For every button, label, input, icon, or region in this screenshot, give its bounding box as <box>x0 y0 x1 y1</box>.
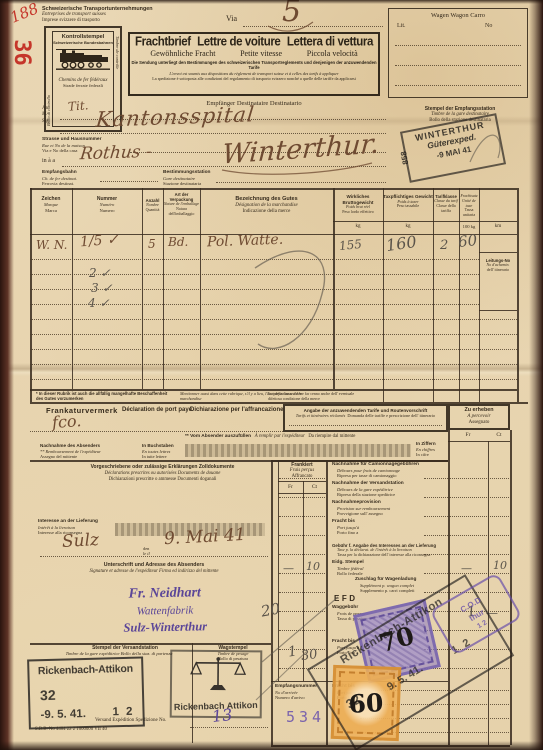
rule <box>479 310 517 311</box>
rule <box>40 556 268 557</box>
col-header-frachtsatz: Frachtsatz Unité de taxe Tassa unitaria <box>459 194 479 218</box>
dispatch-stamp-date: -9. 5. 41. <box>40 708 86 721</box>
col-header-zeichen: Zeichen Marque Marca <box>30 196 72 213</box>
rule <box>424 497 448 498</box>
photo-edge-bottom <box>0 741 543 750</box>
col-header-anzahl: Anzahl Nombre Quantità <box>142 198 163 213</box>
fee-interest-declaration: Gebühr f. Angabe des Interesses an der L… <box>332 543 450 558</box>
form-title-de: Frachtbrief <box>135 35 191 49</box>
to-collect-it: Assegnato <box>450 420 508 426</box>
sender-fill-note: ** Vom Absender auszufüllen À remplir pa… <box>185 434 447 439</box>
col-header-bruttogewicht: Wirkliches Bruttogewicht Poids brut réel… <box>333 194 383 215</box>
wagon-box: Wagen Wagon Carro Lit. No <box>388 8 528 98</box>
rule <box>449 690 509 691</box>
form-subtitle-fr: Petite vitesse <box>240 49 282 58</box>
arrival-no-value: 534 <box>286 708 325 726</box>
date-value: 9. Mai 41 <box>164 525 247 549</box>
signature-caption-frit: Signature et adresse de l'expéditeur Fir… <box>40 569 268 574</box>
arrival-no-label: Empfangsnummer No d'arrivée Numero d'arr… <box>275 684 317 701</box>
rule <box>100 181 158 182</box>
entry-number-extra: 4 ✓ <box>88 296 110 310</box>
fee-camionnage: Nachnahme für CamionnagegebührenDébours … <box>332 462 447 478</box>
wagon-no-label: No <box>485 23 492 29</box>
entry-packing: Bd. <box>168 235 188 249</box>
rule <box>395 65 521 66</box>
conditions-de: Die Sendung unterliegt den Bestimmungen … <box>130 60 378 71</box>
scales-icon <box>190 656 246 694</box>
value-freight-paid-fr: 1 <box>287 643 298 660</box>
entry-marks: W. N. <box>36 238 67 252</box>
rule <box>30 364 517 365</box>
rule <box>278 493 326 494</box>
rule <box>479 252 517 253</box>
value-stamp-collect-ct: 10 <box>493 559 507 572</box>
table-border <box>30 188 517 190</box>
value-stamp-collect-fr: — <box>461 562 472 575</box>
entry-designation: Pol. Watte. <box>207 232 284 251</box>
hdr-it: Classe della tariffa <box>433 204 459 214</box>
signature-caption-de: Unterschrift und Adresse des Absenders <box>40 562 268 568</box>
rule <box>449 516 509 517</box>
franking-label-fr: Déclaration de port payé <box>122 407 192 413</box>
place-value: Sulz <box>62 530 100 552</box>
value-stamp-paid-ct: 10 <box>306 560 320 573</box>
fee-dispatch-station: Nachnahme der VersandstationDébours de l… <box>332 481 447 497</box>
rule <box>449 704 509 705</box>
table-border <box>517 188 519 402</box>
dest-station-it: Stazione destinataria <box>163 181 210 187</box>
arrival-no-it: Numero d'arrivo <box>275 695 317 700</box>
table-border <box>30 188 32 402</box>
rule <box>279 554 325 555</box>
photo-edge-right <box>529 0 543 750</box>
rule <box>424 554 448 555</box>
dispatch-stamp-number: 32 <box>40 687 56 703</box>
collect-col-ct: Ct <box>488 432 510 438</box>
rule <box>190 727 268 728</box>
rule <box>30 334 517 335</box>
wagon-box-title: Wagen Wagon Carro <box>389 12 527 19</box>
via-value: 5 <box>282 0 301 29</box>
conditions-it: La spedizione è sottoposta alle condizio… <box>130 76 378 81</box>
declarations-it: Dichiarazioni prescritte o ammesse Docum… <box>55 477 270 483</box>
arrival-no-de: Empfangsnummer <box>275 684 317 690</box>
rule <box>395 45 521 46</box>
entry-number-extra: 2 ✓ <box>89 266 111 280</box>
rule <box>449 554 509 555</box>
rule <box>279 516 325 517</box>
addressee-title-value: Tit. <box>68 98 89 113</box>
unit-taxed: kg <box>383 224 433 229</box>
date-label: den le il <box>143 546 150 557</box>
rule <box>30 319 517 320</box>
in-figures-label: In Ziffern En chiffres In cifre <box>416 441 436 457</box>
cod-label: Nachnahme des Absenders ** Remboursement… <box>40 443 101 459</box>
col-header-tarifklasse: Tarifklasse Classe du tarif Classe della… <box>433 194 459 213</box>
addressee-name-value: Kantonsspital <box>95 102 256 132</box>
in-words-label: In Buchstaben En toutes lettres In tutte… <box>142 443 174 459</box>
street-label-de: Strasse und Hausnummer <box>42 137 101 143</box>
carrier-header: Schweizerische Transportunternehmungen E… <box>42 6 212 24</box>
value-freight-paid-ct: 30 <box>300 647 318 664</box>
locomotive-icon <box>55 47 111 71</box>
tariff-route-fr: Tarifs et itinéraires réclamés <box>296 413 345 418</box>
hdr-it: Peso tassabile <box>383 204 433 209</box>
carrier-it: Imprese svizzere di trasporto <box>42 18 212 24</box>
wagon-lit-label: Lit. <box>397 23 406 29</box>
rule <box>30 379 517 380</box>
dest-railway-label: Empfangsbahn Ch. de fer destinat. Ferrov… <box>42 170 77 187</box>
prepaid-col-ct: Ct <box>303 484 326 490</box>
prepaid-col-fr: Fr <box>278 484 303 490</box>
routing-it: dell' itinerario <box>479 268 517 273</box>
rule <box>449 497 509 498</box>
footnote-de: * In dieser Rubrik ist auch die allfälli… <box>36 391 171 402</box>
delivery-interest-de: Interesse an der Lieferung <box>38 519 98 525</box>
addressee-label-it: Sig. <box>42 119 50 125</box>
paper-sheet: 188 36 Schweizerische Transportunternehm… <box>0 0 543 750</box>
cod-it: Assegno del mittente <box>40 454 101 459</box>
in-words-de: In Buchstaben <box>142 443 174 449</box>
diagonal-stamp-number: 32 <box>343 691 363 711</box>
form-subtitle-it: Piccola velocità <box>307 49 358 58</box>
sender-stamp-place: Sulz-Winterthur <box>95 618 235 638</box>
value-weigh-paid: 20 <box>260 599 282 620</box>
declarations-label: Vorgeschriebene oder zulässige Erklärung… <box>55 464 270 483</box>
in-figures-it: In cifre <box>416 452 436 457</box>
collect-col-fr: Fr <box>448 432 488 438</box>
hdr-it: Quantità <box>142 208 163 213</box>
dest-station-value: Winterthur. <box>221 128 380 170</box>
redacted-bar <box>185 444 411 457</box>
rule <box>278 481 326 482</box>
rule <box>279 535 325 536</box>
rule <box>449 535 509 536</box>
form-title-fr: Lettre de voiture <box>197 35 280 49</box>
routing-number-label: Leitungs-No No d'achemin. dell' itinerar… <box>479 258 517 273</box>
in-figures-de: In Ziffern <box>416 441 436 447</box>
hdr-it: Numero <box>72 208 142 214</box>
in-figures-fr: En chiffres <box>416 447 436 452</box>
entry-number-extra: 3 ✓ <box>91 281 113 295</box>
rule <box>279 592 325 593</box>
dispatch-stamp-code: 1 2 <box>112 706 134 719</box>
hdr-it: Tassa unitaria <box>459 208 479 218</box>
entry-rate: 60 <box>457 231 478 251</box>
hdr-de: Bezeichnung des Gutes <box>200 196 333 203</box>
sender-note-it: Da riempire dal mittente <box>308 434 355 439</box>
hdr-it: Indicazione della merce <box>200 209 333 215</box>
unit-km: km <box>479 224 517 229</box>
in-words-fr: En toutes lettres <box>142 449 174 454</box>
dest-railway-it: Ferrovia destinat. <box>42 181 77 187</box>
tariff-route-it: Domanda delle tariffe e prescrizione del… <box>347 413 435 418</box>
entry-number: 1/5 ✓ <box>79 232 119 251</box>
entry-tariff-class: 2 <box>440 238 448 253</box>
via-label: Via <box>226 14 237 23</box>
rule <box>424 516 448 517</box>
rule <box>279 497 325 498</box>
in-value: Rothus - <box>79 142 153 165</box>
fee-freight-to-1: Fracht bisPort jusqu'àPorto fino a <box>332 519 447 535</box>
rule <box>449 478 509 479</box>
form-imprint: S.B.B. No 4404 22 2 1000000 VII 40 <box>35 727 107 732</box>
form-title-it: Lettera di vettura <box>287 35 373 49</box>
photo-edge-left <box>0 0 14 750</box>
entry-gross-weight: 155 <box>338 237 362 253</box>
photo-edge-top <box>0 0 543 4</box>
sender-note-de: ** Vom Absender auszufüllen <box>185 434 251 439</box>
dispatch-stamp-station: Rickenbach-Attikon <box>29 663 141 678</box>
dispatch-no-value: 13 <box>211 705 233 726</box>
in-label: in à a <box>42 158 55 164</box>
efd-label: EFD <box>334 594 358 603</box>
entry-count: 5 <box>148 237 156 251</box>
to-collect-box: Zu erheben A percevoir Assegnato <box>448 404 510 430</box>
unit-gross: kg <box>333 224 383 229</box>
control-stamp-subtitle: Schweizerische Bundesbahnen <box>53 40 113 45</box>
title-box: Frachtbrief Lettre de voiture Lettera di… <box>128 32 380 96</box>
control-stamp-it: Strade ferrate federali <box>53 83 113 88</box>
hdr-it: Peso lordo effettivo <box>333 210 383 215</box>
dispatch-no-label: Versand Expédition Spedizione No. <box>95 718 166 723</box>
diagonal-stamp-date: 9. 5. 41. <box>385 663 425 694</box>
rule <box>333 221 517 222</box>
rule <box>279 611 325 612</box>
rule <box>30 259 479 260</box>
rule <box>30 349 517 350</box>
addressee-labels: An M. Sig. <box>42 106 50 125</box>
rule <box>289 425 442 426</box>
rule <box>279 630 325 631</box>
franking-label-it: Dichiarazione per l'affrancazione <box>190 407 283 413</box>
hdr-it: Natura dell'imballaggio <box>163 207 200 217</box>
sender-address-stamp: Fr. Neidhart Wattenfabrik Sulz-Winterthu… <box>95 583 236 638</box>
col-header-bezeichnung: Bezeichnung des Gutes Désignation de la … <box>200 196 333 215</box>
rule <box>216 182 386 183</box>
tariff-route-box: Angabe der anzuwendenden Tarife und Rout… <box>283 404 448 432</box>
col-header-taxgewicht: Taxpflichtiges Gewicht Poids à taxer Pes… <box>383 194 433 209</box>
dest-railway-de: Empfangsbahn <box>42 170 77 176</box>
to-collect-de: Zu erheben <box>450 407 508 414</box>
rule <box>424 478 448 479</box>
col-header-nummer: Nummer Numéro Numero <box>72 196 142 213</box>
sender-note-fr: À remplir par l'expéditeur <box>255 434 305 439</box>
value-stamp-paid-fr: — <box>283 562 294 575</box>
rule <box>424 573 448 574</box>
rule <box>510 430 512 745</box>
cod-fr: ** Remboursement de l'expéditeur <box>40 449 101 454</box>
hdr-it: Marca <box>30 208 72 214</box>
form-subtitle-de: Gewöhnliche Fracht <box>150 49 215 58</box>
fee-cod-provision: NachnahmeprovisionProvision sur rembours… <box>332 500 447 516</box>
rule <box>279 478 325 479</box>
dest-station-label: Bestimmungsstation Gare destinataire Sta… <box>163 170 210 187</box>
rule <box>449 718 509 719</box>
via-rule <box>243 26 383 27</box>
rule <box>448 441 510 442</box>
col-header-verpackung: Art der Verpackung Nature de l'emballage… <box>163 192 200 216</box>
franking-value: fco. <box>51 411 82 432</box>
rule <box>424 535 448 536</box>
rule <box>449 732 509 733</box>
scanned-freight-document: { "colors": { "paper": "#e9d7b4", "ink":… <box>0 0 543 750</box>
rule <box>449 573 509 574</box>
rule <box>395 85 521 86</box>
in-words-it: In tutte lettere <box>142 454 174 459</box>
cod-de: Nachnahme des Absenders <box>40 443 101 449</box>
footnote-it: In questa finca si deve far cenno anche … <box>268 391 360 401</box>
dest-station-de: Bestimmungsstation <box>163 170 210 176</box>
sender-stamp-name: Fr. Neidhart <box>95 583 235 605</box>
rule <box>30 431 283 432</box>
entry-taxed-weight: 160 <box>385 232 418 255</box>
